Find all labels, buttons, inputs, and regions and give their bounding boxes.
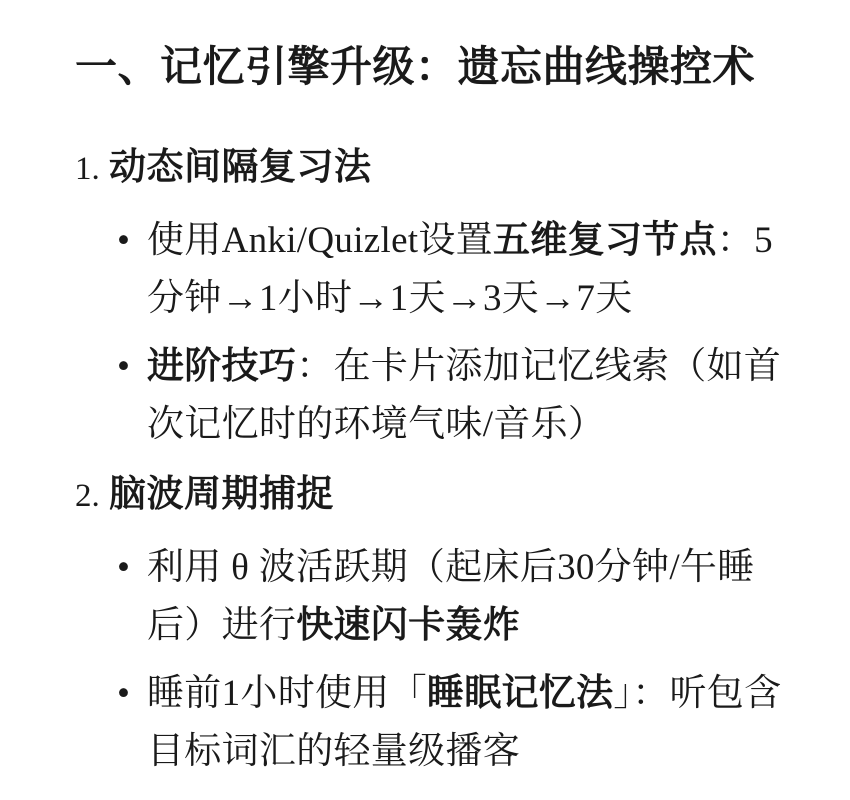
text-run-bold: 五维复习节点 bbox=[493, 220, 717, 261]
section-2-heading: 2. 脑波周期捕捉 bbox=[75, 466, 810, 525]
list-item-text: 睡前1小时使用「睡眠记忆法」：听包含目标词汇的轻量级播客 bbox=[147, 665, 809, 781]
section-1-heading-text: 动态间隔复习法 bbox=[109, 139, 372, 197]
bullet-list: • 使用Anki/Quizlet设置五维复习节点：5分钟→1小时→1天→3天→7… bbox=[75, 212, 810, 454]
document: 一、记忆引擎升级：遗忘曲线操控术 1. 动态间隔复习法 • 使用Anki/Qui… bbox=[0, 0, 850, 800]
page: { "colors": { "background": "#ffffff", "… bbox=[0, 0, 850, 800]
list-item: • 进阶技巧：在卡片添加记忆线索（如首次记忆时的环境气味/音乐） bbox=[117, 338, 810, 454]
section-2-number: 2. bbox=[75, 467, 109, 525]
section-1-heading: 1. 动态间隔复习法 bbox=[75, 139, 810, 198]
list-item: • 利用 θ 波活跃期（起床后30分钟/午睡后）进行快速闪卡轰炸 bbox=[117, 539, 810, 655]
list-item-text: 进阶技巧：在卡片添加记忆线索（如首次记忆时的环境气味/音乐） bbox=[147, 338, 809, 454]
section-brainwave-cycle: 2. 脑波周期捕捉 • 利用 θ 波活跃期（起床后30分钟/午睡后）进行快速闪卡… bbox=[75, 466, 810, 781]
text-run-bold: 睡眠记忆法 bbox=[427, 673, 614, 714]
text-run-bold: 快速闪卡轰炸 bbox=[296, 605, 520, 646]
bullet-icon: • bbox=[117, 539, 147, 655]
section-memory-review: 1. 动态间隔复习法 • 使用Anki/Quizlet设置五维复习节点：5分钟→… bbox=[75, 139, 810, 454]
bullet-list: • 利用 θ 波活跃期（起床后30分钟/午睡后）进行快速闪卡轰炸 • 睡前1小时… bbox=[75, 539, 810, 781]
bullet-icon: • bbox=[117, 665, 147, 781]
list-item: • 使用Anki/Quizlet设置五维复习节点：5分钟→1小时→1天→3天→7… bbox=[117, 212, 810, 328]
list-item-text: 使用Anki/Quizlet设置五维复习节点：5分钟→1小时→1天→3天→7天 bbox=[147, 212, 809, 328]
bullet-icon: • bbox=[117, 338, 147, 454]
list-item: • 睡前1小时使用「睡眠记忆法」：听包含目标词汇的轻量级播客 bbox=[117, 665, 810, 781]
text-run: 使用Anki/Quizlet设置 bbox=[147, 220, 493, 261]
text-run: 睡前1小时使用「 bbox=[147, 673, 427, 714]
bullet-icon: • bbox=[117, 212, 147, 328]
document-title: 一、记忆引擎升级：遗忘曲线操控术 bbox=[75, 40, 810, 96]
section-2-heading-text: 脑波周期捕捉 bbox=[109, 466, 334, 524]
list-item-text: 利用 θ 波活跃期（起床后30分钟/午睡后）进行快速闪卡轰炸 bbox=[147, 539, 809, 655]
text-run-bold: 进阶技巧 bbox=[147, 346, 296, 387]
section-1-number: 1. bbox=[75, 140, 109, 198]
